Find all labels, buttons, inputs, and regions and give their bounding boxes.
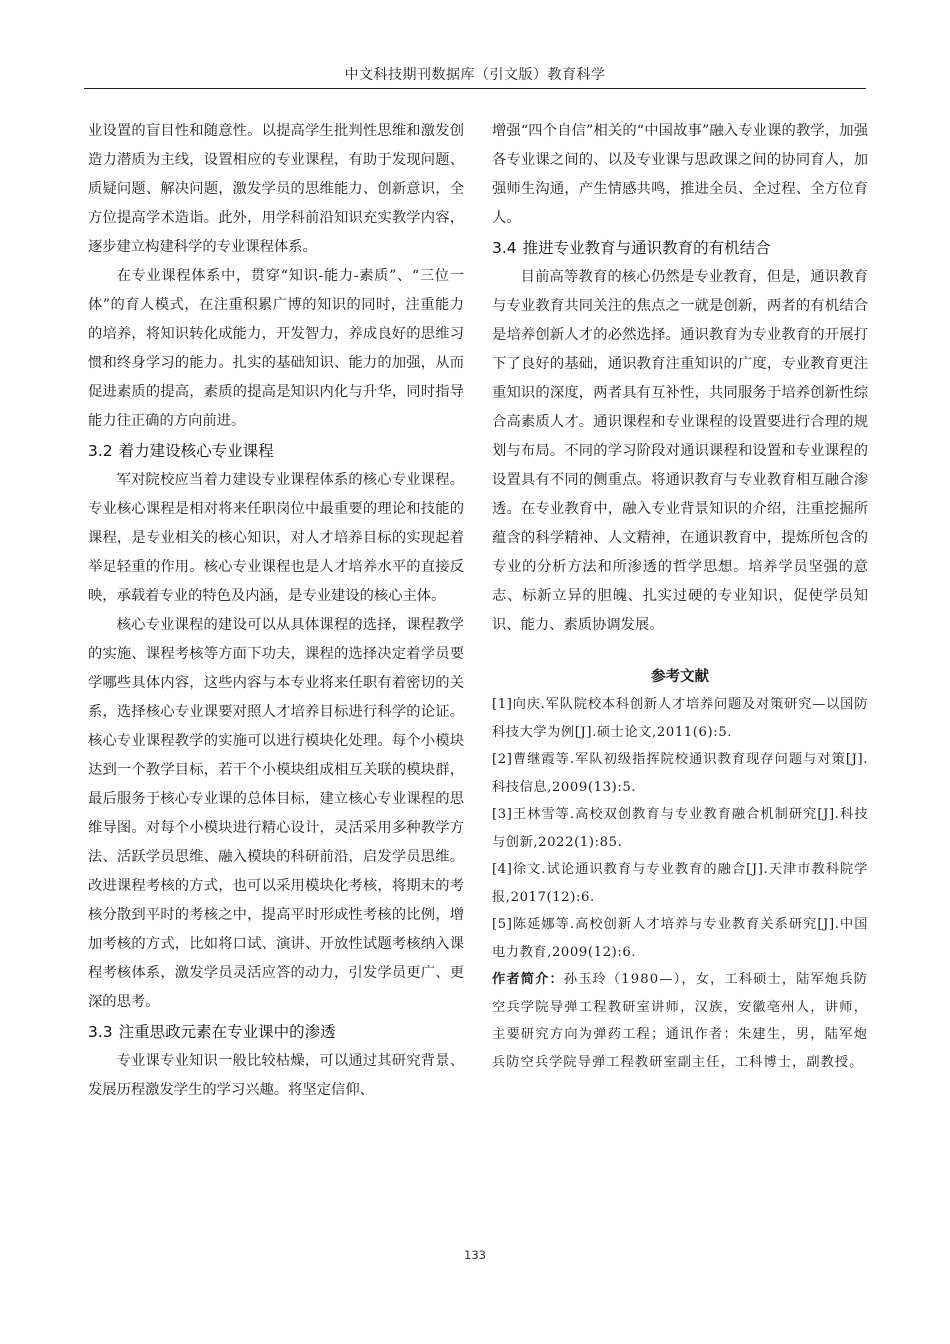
references-list: [1]向庆.军队院校本科创新人才培养问题及对策研究—以国防科技大学为例[J].硕… <box>492 691 868 966</box>
references-title: 参考文献 <box>492 663 868 691</box>
section-heading-3-4: 3.4推进专业教育与通识教育的有机结合 <box>492 233 868 263</box>
reference-item: [4]徐文.试论通识教育与专业教育的融合[J].天津市教科院学报,2017(12… <box>492 856 868 911</box>
left-column: 业设置的盲目性和随意性。以提高学生批判性思维和激发创造力潜质为主线，设置相应的专… <box>88 117 464 1105</box>
paragraph: 核心专业课程的建设可以从具体课程的选择，课程教学的实施、课程考核等方面下功夫，课… <box>88 611 464 1017</box>
section-number: 3.3 <box>88 1023 113 1041</box>
section-heading-3-3: 3.3注重思政元素在专业课中的渗透 <box>88 1017 464 1047</box>
journal-header: 中文科技期刊数据库（引文版）教育科学 <box>84 64 866 88</box>
paragraph: 增强“四个自信”相关的“中国故事”融入专业课的教学，加强各专业课之间的、以及专业… <box>492 117 868 233</box>
paragraph: 业设置的盲目性和随意性。以提高学生批判性思维和激发创造力潜质为主线，设置相应的专… <box>88 117 464 262</box>
reference-item: [1]向庆.军队院校本科创新人才培养问题及对策研究—以国防科技大学为例[J].硕… <box>492 691 868 746</box>
page-number: 133 <box>0 1248 950 1262</box>
header-divider <box>84 88 866 89</box>
section-title: 着力建设核心专业课程 <box>119 442 274 460</box>
section-number: 3.4 <box>492 239 517 257</box>
right-column: 增强“四个自信”相关的“中国故事”融入专业课的教学，加强各专业课之间的、以及专业… <box>492 117 868 1076</box>
author-bio-label: 作者简介： <box>492 972 564 987</box>
reference-item: [2]曹继霞等.军队初级指挥院校通识教育现存问题与对策[J].科技信息,2009… <box>492 746 868 801</box>
section-number: 3.2 <box>88 442 113 460</box>
section-title: 注重思政元素在专业课中的渗透 <box>119 1023 336 1041</box>
section-heading-3-2: 3.2着力建设核心专业课程 <box>88 436 464 466</box>
paragraph: 目前高等教育的核心仍然是专业教育，但是，通识教育与专业教育共同关注的焦点之一就是… <box>492 263 868 640</box>
paragraph: 专业课专业知识一般比较枯燥，可以通过其研究背景、发展历程激发学生的学习兴趣。将坚… <box>88 1047 464 1105</box>
reference-item: [3]王林雪等.高校双创教育与专业教育融合机制研究[J].科技与创新,2022(… <box>492 801 868 856</box>
author-bio: 作者简介：孙玉玲（1980—），女，工科硕士，陆军炮兵防空兵学院导弹工程教研室讲… <box>492 966 868 1076</box>
paragraph: 军对院校应当着力建设专业课程体系的核心专业课程。专业核心课程是相对将来任职岗位中… <box>88 466 464 611</box>
paragraph: 在专业课程体系中，贯穿“知识-能力-素质”、“三位一体”的育人模式，在注重积累广… <box>88 262 464 436</box>
reference-item: [5]陈延娜等.高校创新人才培养与专业教育关系研究[J].中国电力教育,2009… <box>492 911 868 966</box>
section-title: 推进专业教育与通识教育的有机结合 <box>523 239 771 257</box>
